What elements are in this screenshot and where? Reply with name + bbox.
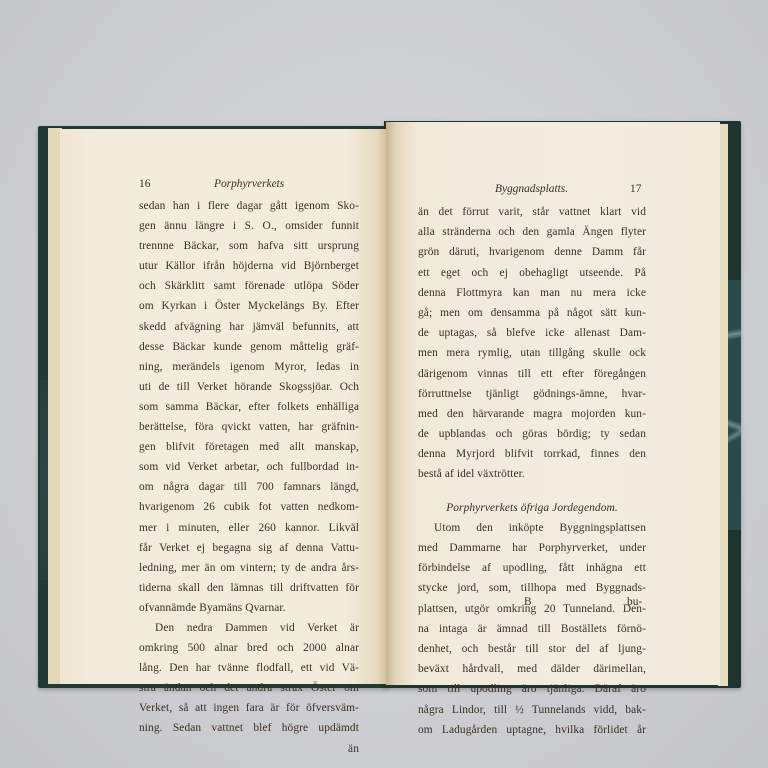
text-line: trennne Bäckar, som hafva sitt ursprung — [139, 236, 359, 256]
text-line: stra ändan och det andra strax Öster om — [139, 678, 359, 698]
text-line: gen ännu längre i S. O., omsider funnit — [139, 216, 359, 236]
text-line: med Dammarne har Porphyrverket, under — [418, 538, 646, 558]
text-line: om några dagar till 700 famnars längd, — [139, 477, 359, 497]
right-page-number: 17 — [630, 183, 641, 195]
catchword: än — [139, 739, 359, 759]
text-line: därigenom vinnas till ett efter föregång… — [418, 364, 646, 384]
text-line: ett eget och ej obehagligt utseende. På — [418, 263, 646, 283]
text-line: och Skärklitt samt förenade utlöpa Söder — [139, 276, 359, 296]
text-line: mer i minuten, eller 260 kannor. Likväl — [139, 518, 359, 538]
text-line: lång. Den har tvänne flodfall, ett vid V… — [139, 658, 359, 678]
text-line: Den nedra Dammen vid Verket är — [139, 618, 359, 638]
text-line: tiderna skall den lämnas till driftvatte… — [139, 578, 359, 598]
text-line: ofvannämde Byamäns Qvarnar. — [139, 598, 359, 618]
text-line: denna Myrjord blifvit torrkad, finnes de… — [418, 444, 646, 464]
text-line: förbindelse af upodling, fått inhägna et… — [418, 558, 646, 578]
text-line: ning, merändels igenom Myror, ledas in — [139, 357, 359, 377]
text-line: uti de till Verket hörande Skogssjöar. O… — [139, 377, 359, 397]
left-page-body: sedan han i flere dagar gått igenom Sko-… — [139, 196, 359, 759]
text-line: ning. Sedan vattnet blef högre updämdt — [139, 718, 359, 738]
text-line: Verket, så att ingen fara är för öfversv… — [139, 698, 359, 718]
text-line: som till upodling äro tjänliga. Däraf är… — [418, 679, 646, 699]
text-line: grön däruti, hvarigenom denne Damm får — [418, 242, 646, 262]
signature-mark: B — [524, 596, 532, 608]
text-line: desse Bäckar kunde genom måttelig gräf- — [139, 337, 359, 357]
text-line: gen blifvit företagen med allt manskap, — [139, 437, 359, 457]
text-line: denhet, och består till stor del af ljun… — [418, 639, 646, 659]
text-line: får Verket ej begagna sig af denna Vattu… — [139, 538, 359, 558]
left-running-head: Porphyrverkets — [214, 178, 284, 190]
text-line: om Kyrkan i Öster Myckelängs By. Efter — [139, 296, 359, 316]
left-page-number: 16 — [139, 178, 150, 190]
text-line: skedd afvägning har jämväl befunnits, at… — [139, 317, 359, 337]
text-line: utur Källor ifrån höjderna vid Björnberg… — [139, 256, 359, 276]
text-line: gå; men om densamma på något sätt kun- — [418, 303, 646, 323]
text-line: några Lindor, till ½ Tunnelands vidd, ba… — [418, 700, 646, 720]
text-line: med den härvarande magra mojorden kun- — [418, 404, 646, 424]
text-line: Utom den inköpte Byggningsplattsen — [418, 518, 646, 538]
text-line: omkring 500 alnar bred och 2000 alnar — [139, 638, 359, 658]
text-line: förruttnelse tjänligt gödnings-ämne, hva… — [418, 384, 646, 404]
section-spacer — [418, 485, 646, 498]
text-line: plattsen, utgör omkring 20 Tunneland. De… — [418, 599, 646, 619]
text-line: än det förrut varit, står vattnet klart … — [418, 202, 646, 222]
text-line: men mera rymlig, utan tillgång skulle oc… — [418, 343, 646, 363]
right-page-body: än det förrut varit, står vattnet klart … — [418, 202, 646, 740]
text-line: de upblandas och göras bördig; ty sedan — [418, 424, 646, 444]
text-line: ledning, mer än om vintern; ty de andra … — [139, 558, 359, 578]
text-line: denna Flottmyra kan man nu mera icke — [418, 283, 646, 303]
text-line: som samma Bäckar, efter folkets enhällig… — [139, 397, 359, 417]
text-line: om Ladugården uptagne, hvilka förlidet å… — [418, 720, 646, 740]
section-heading: Porphyrverkets öfriga Jordegendom. — [418, 498, 646, 518]
marbled-cover-edge — [727, 280, 741, 530]
text-line: stycke jord, som, tillhopa med Byggnads- — [418, 578, 646, 598]
text-line: alla stränderna och den gamla Ängen flyt… — [418, 222, 646, 242]
text-line: sedan han i flere dagar gått igenom Sko- — [139, 196, 359, 216]
text-line: de uptagas, så blefve icke allenast Dam- — [418, 323, 646, 343]
text-line: berättelse, föra qvickt vatten, har gräf… — [139, 417, 359, 437]
text-line: hvarigenom 26 cubik fot vatten nedkom- — [139, 497, 359, 517]
marbled-cover-edge-left — [40, 380, 48, 580]
text-line: som vid Verket arbetar, och fullbordad i… — [139, 457, 359, 477]
text-line: beväxt hårdvall, med dälder därimellan, — [418, 659, 646, 679]
catchword-right: bu- — [627, 596, 642, 608]
text-line: na intaga är ämnad till Boställets förnö… — [418, 619, 646, 639]
right-running-head: Byggnadsplatts. — [495, 183, 568, 195]
text-line: bestå af idel växtrötter. — [418, 464, 646, 484]
